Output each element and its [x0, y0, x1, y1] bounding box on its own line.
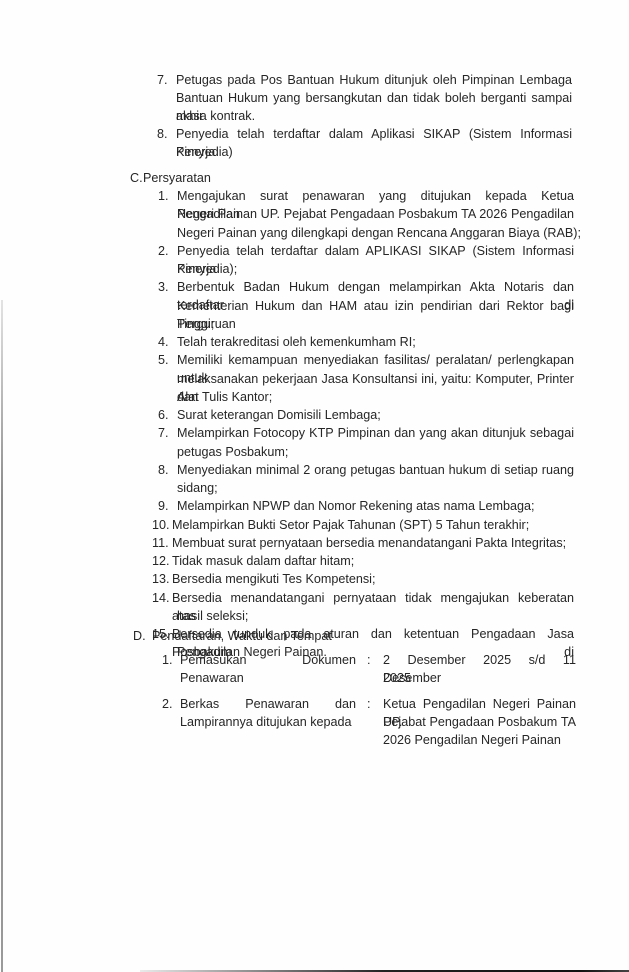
- list-item-text: Membuat surat pernyataan bersedia menand…: [172, 534, 566, 552]
- list-item-number: 13.: [152, 570, 170, 588]
- list-item-text: Melampirkan NPWP dan Nomor Rekening atas…: [177, 497, 534, 515]
- table-row-colon: :: [367, 695, 371, 713]
- list-item-number: 8.: [157, 125, 168, 143]
- list-item-text: Alat Tulis Kantor;: [177, 388, 272, 406]
- list-item-number: 7.: [158, 424, 169, 442]
- list-item-text: Melampirkan Fotocopy KTP Pimpinan dan ya…: [177, 424, 574, 442]
- list-item-number: 12.: [152, 552, 170, 570]
- list-item-text: Negeri Painan yang dilengkapi dengan Ren…: [177, 224, 581, 242]
- list-item-text: Petugas pada Pos Bantuan Hukum ditunjuk …: [176, 71, 572, 89]
- table-row-label: Lampirannya ditujukan kepada: [180, 713, 352, 731]
- section-c-title: Persyaratan: [143, 169, 211, 187]
- list-item-text: Tidak masuk dalam daftar hitam;: [172, 552, 354, 570]
- list-item-number: 7.: [157, 71, 168, 89]
- list-item-text: Negeri Painan UP. Pejabat Pengadaan Posb…: [177, 205, 574, 223]
- list-item-number: 14.: [152, 589, 170, 607]
- list-item-text: masa kontrak.: [176, 107, 255, 125]
- list-item-text: Telah terakreditasi oleh kemenkumham RI;: [177, 333, 416, 351]
- list-item-number: 4.: [158, 333, 169, 351]
- list-item-text: Kementerian Hukum dan HAM atau izin pend…: [177, 297, 574, 333]
- list-item-text: Penyedia);: [177, 260, 237, 278]
- list-item-text: Penyedia telah terdaftar dalam Aplikasi …: [176, 125, 572, 161]
- list-item-number: 6.: [158, 406, 169, 424]
- list-item-text: Tinggi;: [177, 315, 214, 333]
- table-row-value: 2026 Pengadilan Negeri Painan: [383, 731, 561, 749]
- table-row-colon: :: [367, 651, 371, 669]
- list-item-number: 8.: [158, 461, 169, 479]
- table-row-label: Penawaran: [180, 669, 244, 687]
- table-row-value: Pejabat Pengadaan Posbakum TA: [383, 713, 576, 731]
- table-row-number: 1.: [162, 651, 173, 669]
- list-item-text: Penyedia): [176, 143, 233, 161]
- table-row-label: Pemasukan Dokumen: [180, 651, 356, 669]
- list-item-text: Melampirkan Bukti Setor Pajak Tahunan (S…: [172, 516, 529, 534]
- list-item-number: 1.: [158, 187, 169, 205]
- list-item-text: Menyediakan minimal 2 orang petugas bant…: [177, 461, 574, 479]
- list-item-text: petugas Posbakum;: [177, 443, 288, 461]
- list-item-number: 11.: [152, 534, 169, 552]
- table-row-label: Berkas Penawaran dan: [180, 695, 356, 713]
- list-item-number: 3.: [158, 278, 169, 296]
- table-row-number: 2.: [162, 695, 173, 713]
- list-item-number: 10.: [152, 516, 170, 534]
- table-row-value: 2 Desember 2025 s/d 11 Desember: [383, 651, 576, 687]
- list-item-number: 2.: [158, 242, 169, 260]
- list-item-number: 5.: [158, 351, 169, 369]
- section-c-letter: C.: [130, 169, 143, 187]
- document-page: 7.Petugas pada Pos Bantuan Hukum ditunju…: [0, 0, 629, 972]
- section-d-title: Pendaftaran, Waktu dan Tempat: [152, 627, 332, 645]
- list-item-text: Bersedia mengikuti Tes Kompetensi;: [172, 570, 375, 588]
- list-item-text: hasil seleksi;: [177, 607, 248, 625]
- list-item-number: 9.: [158, 497, 169, 515]
- page-left-edge: [1, 300, 3, 972]
- section-d-letter: D.: [133, 627, 146, 645]
- list-item-text: Surat keterangan Domisili Lembaga;: [177, 406, 381, 424]
- list-item-text: sidang;: [177, 479, 218, 497]
- table-row-value: 2025: [383, 669, 411, 687]
